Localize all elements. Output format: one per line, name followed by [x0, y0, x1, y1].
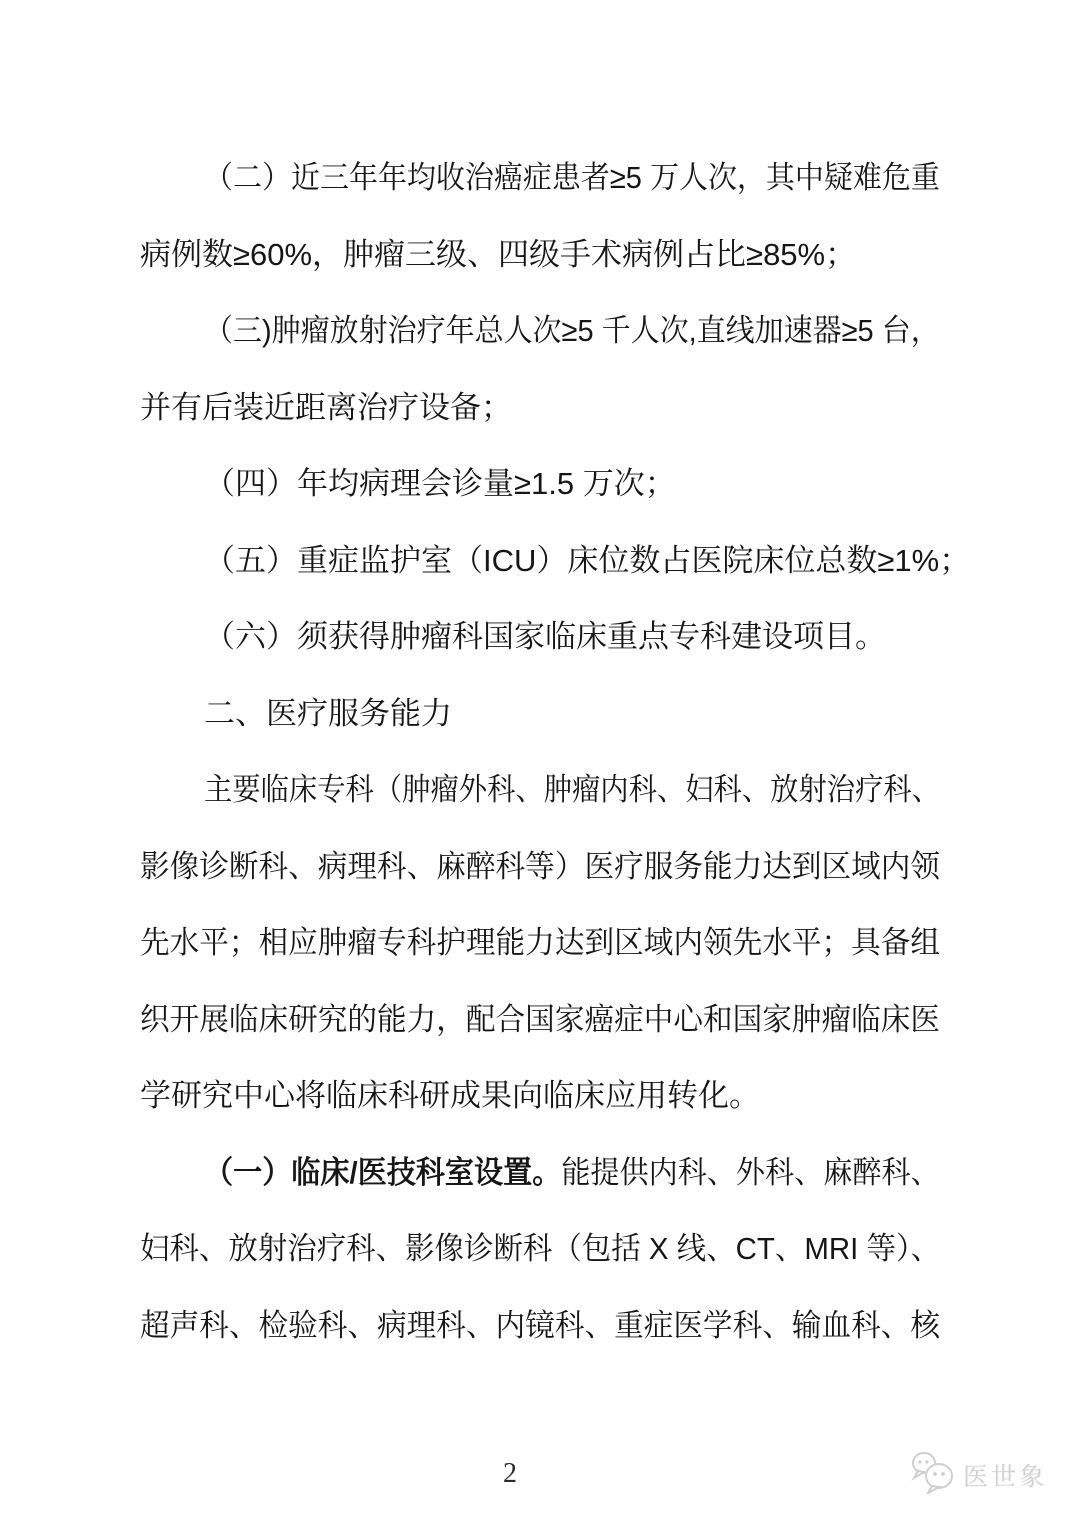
subsection-runin-heading: （一）临床/医技科室设置。	[204, 1155, 561, 1190]
watermark-brand-text: 医世象	[963, 1457, 1047, 1493]
text-line: 影像诊断科、病理科、麻醉科等）医疗服务能力达到区域内领	[140, 829, 940, 906]
text-line: 织开展临床研究的能力，配合国家癌症中心和国家肿瘤临床医	[140, 982, 940, 1059]
text-line: （五）重症监护室（ICU）床位数占医院床位总数≥1%；	[140, 523, 940, 600]
text-line: （二）近三年年均收治癌症患者≥5 万人次，其中疑难危重	[140, 140, 940, 217]
wechat-chat-bubbles-icon	[910, 1450, 956, 1499]
text-line: （六）须获得肿瘤科国家临床重点专科建设项目。	[140, 599, 940, 676]
text-line: 先水平；相应肿瘤专科护理能力达到区域内领先水平；具备组	[140, 905, 940, 982]
text-line: 超声科、检验科、病理科、内镜科、重症医学科、输血科、核	[140, 1288, 940, 1365]
text-line: （四）年均病理会诊量≥1.5 万次；	[140, 446, 940, 523]
page-number: 2	[140, 1456, 880, 1492]
text-line: （三)肿瘤放射治疗年总人次≥5 千人次,直线加速器≥5 台，	[140, 293, 940, 370]
text-line-segment: 能提供内科、外科、麻醉科、	[561, 1155, 939, 1190]
text-line: 病例数≥60%，肿瘤三级、四级手术病例占比≥85%；	[140, 217, 940, 294]
text-line: （一）临床/医技科室设置。能提供内科、外科、麻醉科、	[140, 1135, 940, 1212]
document-page: （二）近三年年均收治癌症患者≥5 万人次，其中疑难危重 病例数≥60%，肿瘤三级…	[0, 0, 1080, 1526]
text-line: 并有后装近距离治疗设备；	[140, 370, 940, 447]
section-heading: 二、医疗服务能力	[140, 676, 940, 753]
text-block: （二）近三年年均收治癌症患者≥5 万人次，其中疑难危重 病例数≥60%，肿瘤三级…	[140, 140, 940, 1364]
text-line: 学研究中心将临床科研成果向临床应用转化。	[140, 1058, 940, 1135]
text-line: 主要临床专科（肿瘤外科、肿瘤内科、妇科、放射治疗科、	[140, 752, 940, 829]
watermark: 医世象	[910, 1450, 1047, 1499]
text-line: 妇科、放射治疗科、影像诊断科（包括 X 线、CT、MRI 等）、	[140, 1211, 940, 1288]
